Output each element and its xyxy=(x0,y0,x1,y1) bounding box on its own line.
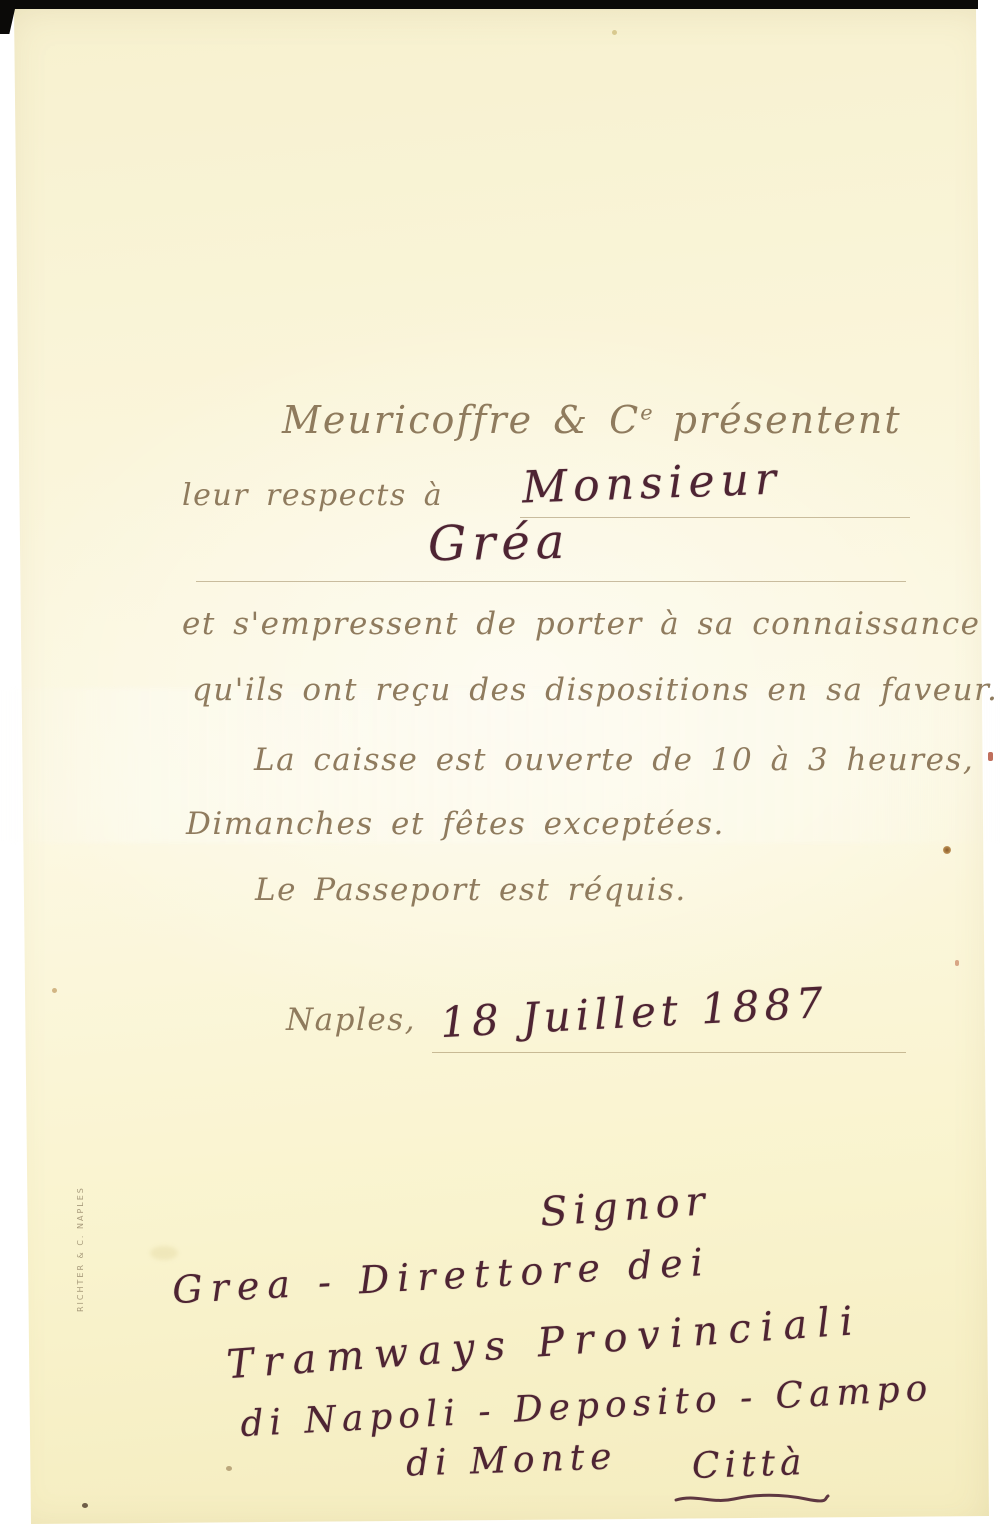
citta-underline xyxy=(672,1486,832,1510)
body-line-2: qu'ils ont reçu des dispositions en sa f… xyxy=(192,672,998,708)
body-line-3: La caisse est ouverte de 10 à 3 heures, xyxy=(254,742,974,778)
body-line-1: et s'empressent de porter à sa connaissa… xyxy=(182,606,981,642)
scanned-letter-page: Meuricoffre & Ce présentent leur respect… xyxy=(0,0,1000,1540)
red-edge-speck xyxy=(988,752,993,761)
company-header-suffix: présentent xyxy=(653,398,902,442)
form-rule-line xyxy=(520,517,910,518)
foxing-spot xyxy=(943,846,951,854)
foxing-spot xyxy=(82,1503,88,1508)
foxing-spot xyxy=(612,30,617,35)
handwritten-recipient: Monsieur xyxy=(521,453,783,513)
company-header: Meuricoffre & Ce présentent xyxy=(282,398,902,442)
scan-top-black-edge xyxy=(0,0,978,9)
foxing-spot xyxy=(52,988,57,993)
red-edge-speck xyxy=(955,960,959,966)
paper-smudge xyxy=(150,1246,178,1260)
paper-smudge xyxy=(226,1466,232,1471)
company-superscript: e xyxy=(640,400,652,424)
body-line-5: Le Passeport est réquis. xyxy=(255,872,687,908)
body-line-4: Dimanches et fêtes exceptées. xyxy=(186,806,725,842)
address-line-citta: Città xyxy=(691,1442,807,1487)
printer-credit: RICHTER & C. NAPLES xyxy=(76,1186,85,1312)
company-name: Meuricoffre & C xyxy=(282,398,640,442)
salutation-printed: leur respects à xyxy=(182,478,443,513)
handwritten-name: Gréa xyxy=(428,514,571,572)
form-rule-line xyxy=(196,581,906,582)
dateline-place: Naples, xyxy=(286,1002,416,1038)
form-rule-line xyxy=(432,1052,906,1053)
address-line-di-monte: di Monte xyxy=(405,1436,618,1484)
